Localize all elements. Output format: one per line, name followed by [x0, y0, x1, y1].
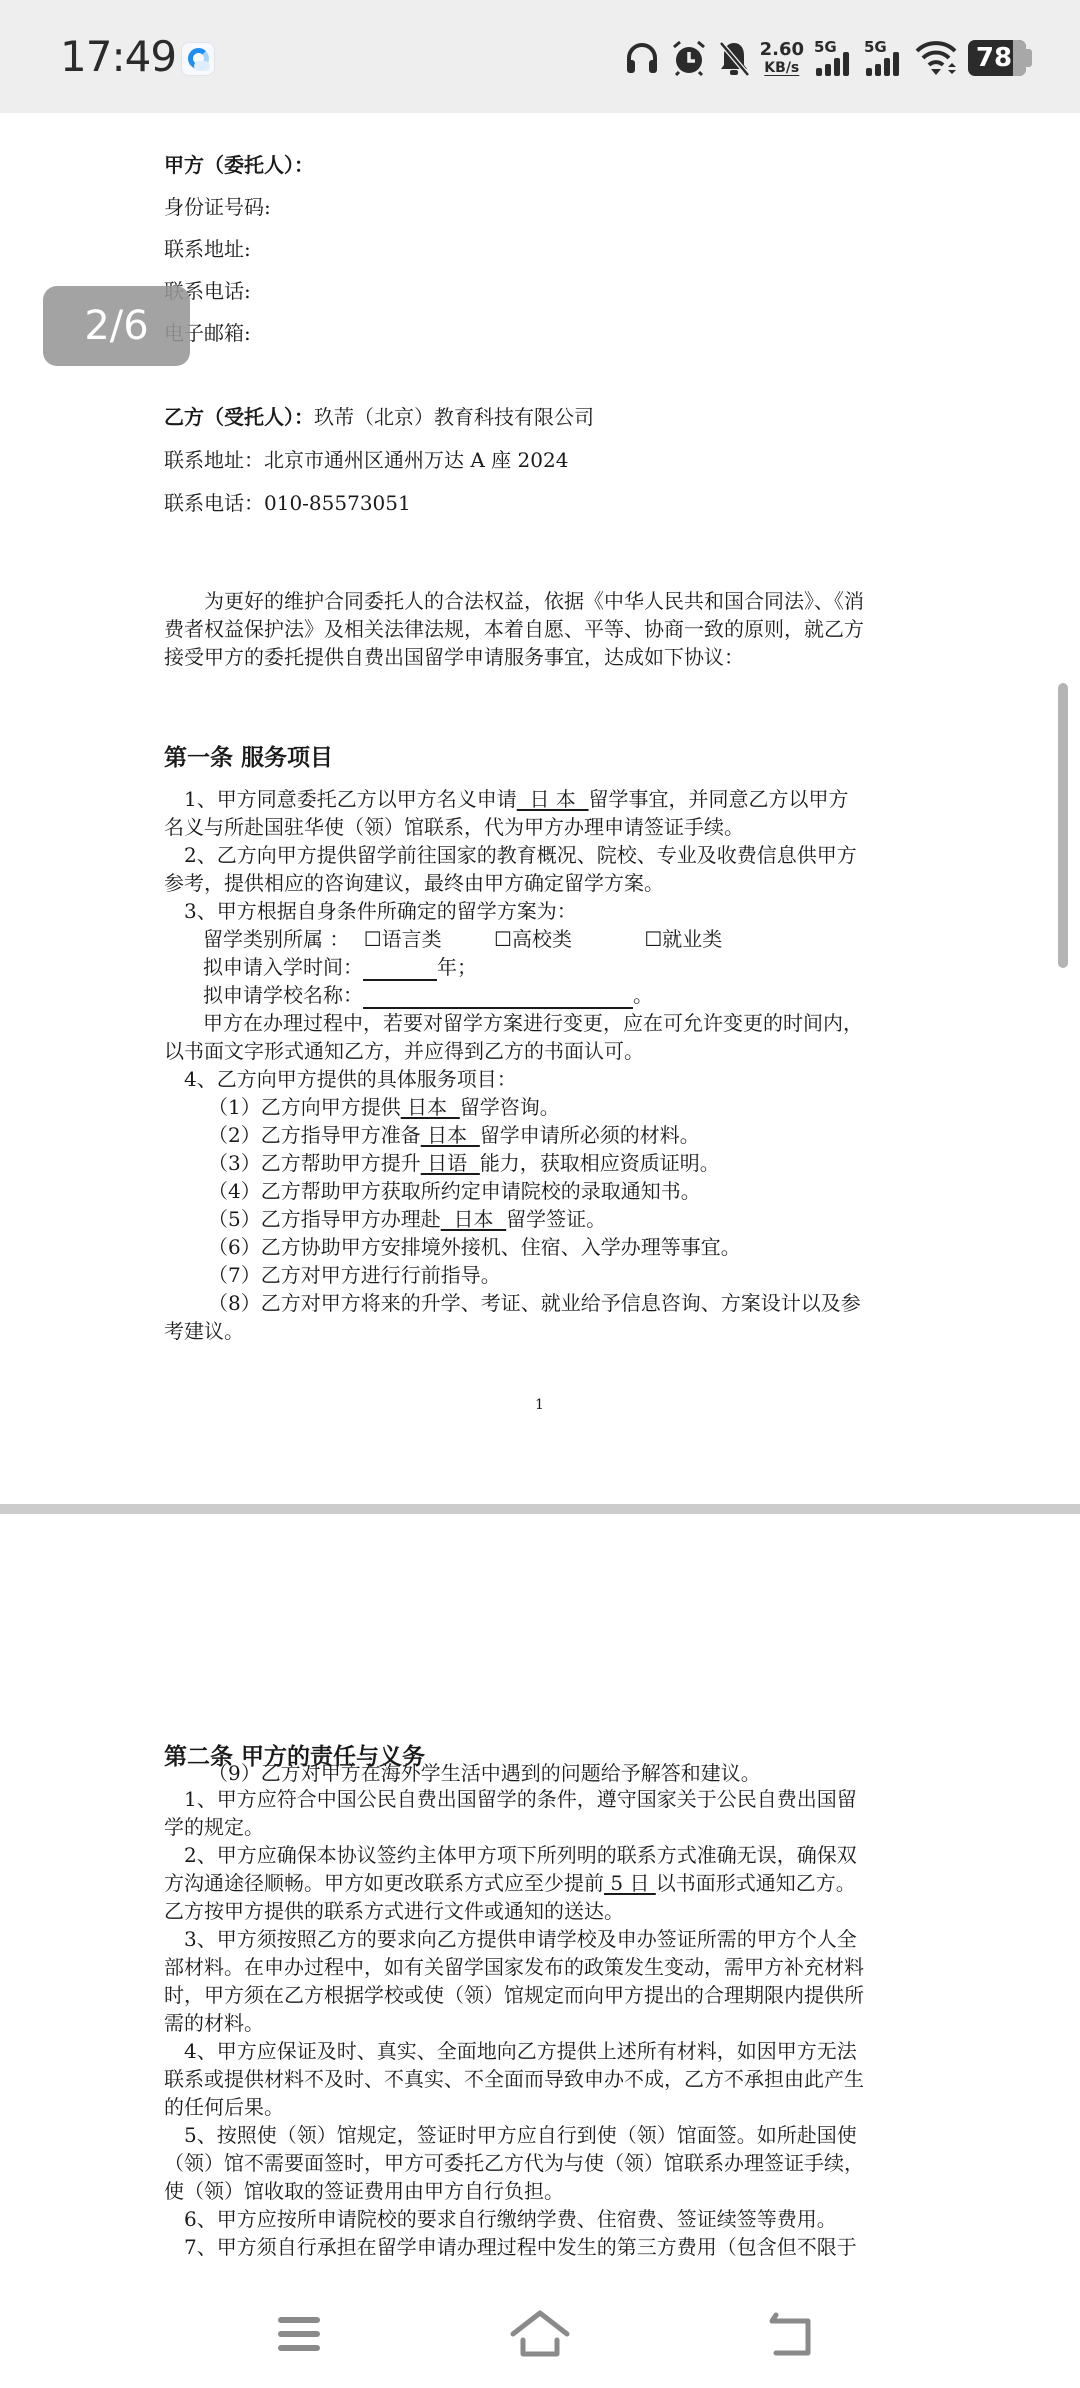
article-1-title: 第一条 服务项目: [164, 744, 333, 772]
article-2-title: 第二条 甲方的责任与义务: [164, 1743, 425, 1771]
article-2-line: 时，甲方须在乙方根据学校或使（领）馆规定而向甲方提出的合理期限内提供所: [164, 1981, 864, 2009]
article-1-item-1-cont: 名义与所赴国驻华使（领）馆联系，代为甲方办理申请签证手续。: [164, 813, 744, 841]
preamble-line-2: 费者权益保护法》及相关法律法规，本着自愿、平等、协商一致的原则，就乙方: [164, 615, 864, 643]
checkbox-language[interactable]: ☐语言类: [364, 927, 442, 951]
navigation-bar: [0, 2290, 1080, 2388]
service-item-8: （8）乙方对甲方将来的升学、考证、就业给予信息咨询、方案设计以及参: [208, 1289, 861, 1317]
service-item-1: （1）乙方向甲方提供 日本 留学咨询。: [208, 1093, 560, 1121]
back-icon: [766, 2311, 814, 2361]
article-2-line: 使（领）馆收取的签证费用由甲方自行负担。: [164, 2177, 564, 2205]
page-separator: [0, 1504, 1080, 1514]
preamble-line-3: 接受甲方的委托提供自费出国留学申请服务事宜，达成如下协议：: [164, 643, 744, 671]
article-2-line: （领）馆不需要面签时，甲方可委托乙方代为与使（领）馆联系办理签证手续，: [164, 2149, 864, 2177]
plan-change-line-1: 甲方在办理过程中，若要对留学方案进行变更，应在可允许变更的时间内，: [203, 1009, 863, 1037]
party-b-title: 乙方（受托人）：: [164, 405, 314, 429]
party-b-header: 乙方（受托人）：玖芾（北京）教育科技有限公司: [164, 403, 594, 431]
signal-5g-icon-2: 5G: [864, 38, 904, 78]
party-a-title: 甲方（委托人）：: [164, 151, 314, 179]
article-2-line: 乙方按甲方提供的联系方式进行文件或通知的送达。: [164, 1897, 624, 1925]
article-2-line: 5、按照使（领）馆规定，签证时甲方应自行到使（领）馆面签。如所赴国使: [184, 2121, 857, 2149]
home-icon: [509, 2310, 571, 2362]
preamble-line-1: 为更好的维护合同委托人的合法权益，依据《中华人民共和国合同法》、《消: [204, 587, 864, 615]
checkbox-employment[interactable]: ☐就业类: [644, 927, 722, 951]
school-name-row: 拟申请学校名称：。: [203, 981, 653, 1009]
alarm-icon: [670, 39, 708, 77]
page-indicator: 2/6: [43, 286, 190, 366]
service-item-6: （6）乙方协助甲方安排境外接机、住宿、入学办理等事宜。: [208, 1233, 741, 1261]
category-row: 留学类别所属 ： ☐语言类 ☐高校类 ☐就业类: [203, 925, 722, 953]
article-2-line: 2、甲方应确保本协议签约主体甲方项下所列明的联系方式准确无误，确保双: [184, 1841, 857, 1869]
bell-muted-icon: [718, 39, 750, 77]
headphones-icon: [624, 40, 660, 76]
signal-5g-icon-1: 5G: [814, 38, 854, 78]
article-2-line: 3、甲方须按照乙方的要求向乙方提供申请学校及申办签证所需的甲方个人全: [184, 1925, 857, 1953]
party-b-phone: 联系电话：010-85573051: [164, 489, 411, 517]
party-a-id-label: 身份证号码:: [164, 193, 271, 221]
article-2-line: 4、甲方应保证及时、真实、全面地向乙方提供上述所有材料，如因甲方无法: [184, 2037, 857, 2065]
article-1-item-2-cont: 参考，提供相应的咨询建议，最终由甲方确定留学方案。: [164, 869, 664, 897]
party-b-address: 联系地址：北京市通州区通州万达 A 座 2024: [164, 446, 568, 474]
status-time: 17:49: [60, 32, 176, 81]
article-2-line: 部材料。在申办过程中，如有关留学国家发布的政策发生变动，需甲方补充材料: [164, 1953, 864, 1981]
service-item-5: （5）乙方指导甲方办理赴 日本 留学签证。: [208, 1205, 606, 1233]
party-b-name: 玖芾（北京）教育科技有限公司: [314, 405, 594, 429]
wifi-icon: [914, 39, 958, 77]
status-icons: 2.60 KB/s 5G 5G 78: [624, 38, 1032, 78]
article-1-item-2: 2、乙方向甲方提供留学前往国家的教育概况、院校、专业及收费信息供甲方: [184, 841, 857, 869]
school-name-blank: [363, 987, 633, 1009]
article-1-item-1: 1、甲方同意委托乙方以甲方名义申请 日 本 留学事宜，并同意乙方以甲方: [184, 785, 849, 813]
category-label: 留学类别所属 ：: [203, 927, 349, 951]
enroll-time-blank: [363, 959, 437, 981]
home-button[interactable]: [500, 2306, 580, 2366]
service-item-3: （3）乙方帮助甲方提升 日语 能力，获取相应资质证明。: [208, 1149, 720, 1177]
article-2-line: 联系或提供材料不及时、不真实、不全面而导致申办不成，乙方不承担由此产生: [164, 2065, 864, 2093]
article-2-line: 1、甲方应符合中国公民自费出国留学的条件，遵守国家关于公民自费出国留: [184, 1785, 857, 1813]
menu-button[interactable]: [259, 2306, 339, 2366]
article-1-item-3: 3、甲方根据自身条件所确定的留学方案为：: [184, 897, 577, 925]
service-item-8-cont: 考建议。: [164, 1317, 244, 1345]
service-item-2: （2）乙方指导甲方准备 日本 留学申请所必须的材料。: [208, 1121, 700, 1149]
article-2-line: 需的材料。: [164, 2009, 264, 2037]
battery-icon: 78: [968, 40, 1032, 76]
service-item-4: （4）乙方帮助甲方获取所约定申请院校的录取通知书。: [208, 1177, 701, 1205]
article-1-item-4: 4、乙方向甲方提供的具体服务项目：: [184, 1065, 517, 1093]
article-2-line: 的任何后果。: [164, 2093, 284, 2121]
article-2-line: 7、甲方须自行承担在留学申请办理过程中发生的第三方费用（包含但不限于: [184, 2233, 857, 2261]
network-speed: 2.60 KB/s: [760, 41, 804, 75]
menu-icon: [276, 2314, 322, 2358]
country-fill: 日 本: [517, 787, 589, 811]
checkbox-university[interactable]: ☐高校类: [494, 927, 572, 951]
status-bar: 17:49 2.60 KB/s 5G 5G: [0, 0, 1080, 113]
article-2-line: 6、甲方应按所申请院校的要求自行缴纳学费、住宿费、签证续签等费用。: [184, 2205, 837, 2233]
back-button[interactable]: [750, 2306, 830, 2366]
article-2-line-notice: 方沟通途径顺畅。甲方如更改联系方式应至少提前 5 日 以书面形式通知乙方。: [164, 1869, 856, 1897]
scrollbar[interactable]: [1058, 683, 1068, 968]
article-2-line: 学的规定。: [164, 1813, 264, 1841]
party-a-address-label: 联系地址:: [164, 235, 251, 263]
qq-browser-icon: [181, 42, 215, 76]
plan-change-line-2: 以书面文字形式通知乙方，并应得到乙方的书面认可。: [164, 1037, 644, 1065]
page-number: 1: [535, 1397, 544, 1413]
service-item-7: （7）乙方对甲方进行行前指导。: [208, 1261, 501, 1289]
enroll-time-row: 拟申请入学时间：年；: [203, 953, 477, 981]
